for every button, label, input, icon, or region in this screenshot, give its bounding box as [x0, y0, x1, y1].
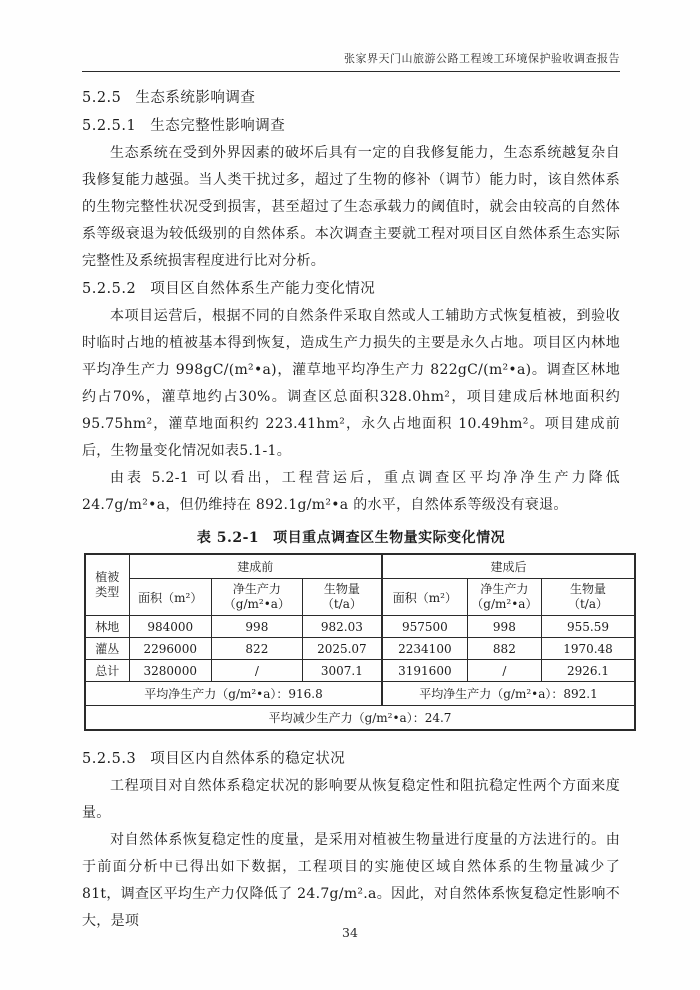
cell-biomass-after: 1970.48: [542, 638, 636, 660]
cell-vegetation-type: 灌丛: [85, 638, 129, 660]
col-header-biomass-before: 生物量 （t/a）: [302, 579, 382, 616]
section-number: 5.2.5.2: [82, 281, 136, 297]
header-line: 类型: [88, 585, 127, 600]
header-line: （g/m²•a）: [214, 597, 300, 612]
biomass-change-table: 植被 类型 建成前 建成后 面积（m²） 净生产力 （g/m²•a） 生物量 （…: [84, 553, 636, 731]
cell-area-after: 3191600: [382, 660, 467, 682]
group-header-before: 建成前: [129, 554, 382, 579]
section-title: 生态系统影响调查: [135, 90, 255, 106]
page-header: 张家界天门山旅游公路工程竣工环境保护验收调查报告: [82, 50, 620, 71]
cell-npp-before: 822: [212, 638, 303, 660]
section-number: 5.2.5: [82, 90, 121, 106]
cell-biomass-after: 955.59: [542, 616, 636, 638]
section-title: 生态完整性影响调查: [150, 118, 285, 134]
section-title: 项目区内自然体系的稳定状况: [150, 751, 345, 767]
header-line: 植被: [88, 570, 127, 585]
cell-vegetation-type: 总计: [85, 660, 129, 682]
group-header-after: 建成后: [382, 554, 635, 579]
section-number: 5.2.5.1: [82, 118, 136, 134]
table-container: 植被 类型 建成前 建成后 面积（m²） 净生产力 （g/m²•a） 生物量 （…: [84, 553, 636, 731]
table-row-forest: 林地 984000 998 982.03 957500 998 955.59: [85, 616, 635, 638]
header-line: 净生产力: [470, 582, 539, 597]
cell-biomass-before: 3007.1: [302, 660, 382, 682]
paragraph-table-conclusion: 由表 5.2-1 可以看出，工程营运后，重点调查区平均净净生产力降低 24.7g…: [82, 465, 620, 519]
paragraph-stability-intro: 工程项目对自然体系稳定状况的影响要从恢复稳定性和阻抗稳定性两个方面来度量。: [82, 773, 620, 827]
section-title: 项目区自然体系生产能力变化情况: [150, 281, 375, 297]
table-group-header-row: 植被 类型 建成前 建成后: [85, 554, 635, 579]
col-header-area-before: 面积（m²）: [129, 579, 212, 616]
cell-npp-before: /: [212, 660, 303, 682]
header-rule: [82, 71, 620, 72]
cell-npp-after: 998: [467, 616, 541, 638]
cell-npp-before: 998: [212, 616, 303, 638]
cell-area-before: 3280000: [129, 660, 212, 682]
section-heading-5-2-5: 5.2.5生态系统影响调查: [82, 84, 620, 112]
paragraph-eco-intro: 生态系统在受到外界因素的破坏后具有一定的自我修复能力，生态系统越复杂自我修复能力…: [82, 140, 620, 275]
table-row-shrub: 灌丛 2296000 822 2025.07 2234100 882 1970.…: [85, 638, 635, 660]
col-header-npp-after: 净生产力 （g/m²•a）: [467, 579, 541, 616]
paragraph-productivity-change: 本项目运营后，根据不同的自然条件采取自然或人工辅助方式恢复植被，到验收时临时占地…: [82, 303, 620, 465]
cell-avg-npp-decrease: 平均减少生产力（g/m²•a）：24.7: [85, 706, 635, 731]
cell-npp-after: /: [467, 660, 541, 682]
section-heading-5-2-5-1: 5.2.5.1生态完整性影响调查: [82, 112, 620, 140]
table-summary-row-decrease: 平均减少生产力（g/m²•a）：24.7: [85, 706, 635, 731]
page-number: 34: [0, 925, 700, 940]
table-caption-title: 项目重点调查区生物量实际变化情况: [273, 530, 505, 546]
table-caption-label: 表 5.2-1: [197, 530, 259, 546]
col-header-vegetation-type: 植被 类型: [85, 554, 129, 616]
header-line: （t/a）: [305, 597, 379, 612]
table-caption: 表 5.2-1项目重点调查区生物量实际变化情况: [82, 527, 620, 547]
cell-avg-npp-after: 平均净生产力（g/m²•a）：892.1: [382, 682, 635, 706]
section-heading-5-2-5-2: 5.2.5.2项目区自然体系生产能力变化情况: [82, 275, 620, 303]
table-subheader-row: 面积（m²） 净生产力 （g/m²•a） 生物量 （t/a） 面积（m²） 净生…: [85, 579, 635, 616]
col-header-biomass-after: 生物量 （t/a）: [542, 579, 636, 616]
report-title: 张家界天门山旅游公路工程竣工环境保护验收调查报告: [344, 52, 620, 65]
header-line: （t/a）: [544, 597, 632, 612]
cell-npp-after: 882: [467, 638, 541, 660]
header-line: 净生产力: [214, 582, 300, 597]
header-line: （g/m²•a）: [470, 597, 539, 612]
cell-biomass-after: 2926.1: [542, 660, 636, 682]
cell-biomass-before: 2025.07: [302, 638, 382, 660]
cell-area-after: 2234100: [382, 638, 467, 660]
section-number: 5.2.5.3: [82, 751, 136, 767]
cell-vegetation-type: 林地: [85, 616, 129, 638]
paragraph-stability-measure: 对自然体系恢复稳定性的度量，是采用对植被生物量进行度量的方法进行的。由于前面分析…: [82, 827, 620, 935]
section-heading-5-2-5-3: 5.2.5.3项目区内自然体系的稳定状况: [82, 745, 620, 773]
cell-area-before: 984000: [129, 616, 212, 638]
header-line: 生物量: [305, 582, 379, 597]
table-summary-row-avg: 平均净生产力（g/m²•a）：916.8 平均净生产力（g/m²•a）：892.…: [85, 682, 635, 706]
header-line: 生物量: [544, 582, 632, 597]
col-header-area-after: 面积（m²）: [382, 579, 467, 616]
cell-avg-npp-before: 平均净生产力（g/m²•a）：916.8: [85, 682, 382, 706]
cell-area-after: 957500: [382, 616, 467, 638]
table-row-total: 总计 3280000 / 3007.1 3191600 / 2926.1: [85, 660, 635, 682]
cell-biomass-before: 982.03: [302, 616, 382, 638]
document-page: 张家界天门山旅游公路工程竣工环境保护验收调查报告 5.2.5生态系统影响调查 5…: [0, 0, 700, 990]
col-header-npp-before: 净生产力 （g/m²•a）: [212, 579, 303, 616]
cell-area-before: 2296000: [129, 638, 212, 660]
